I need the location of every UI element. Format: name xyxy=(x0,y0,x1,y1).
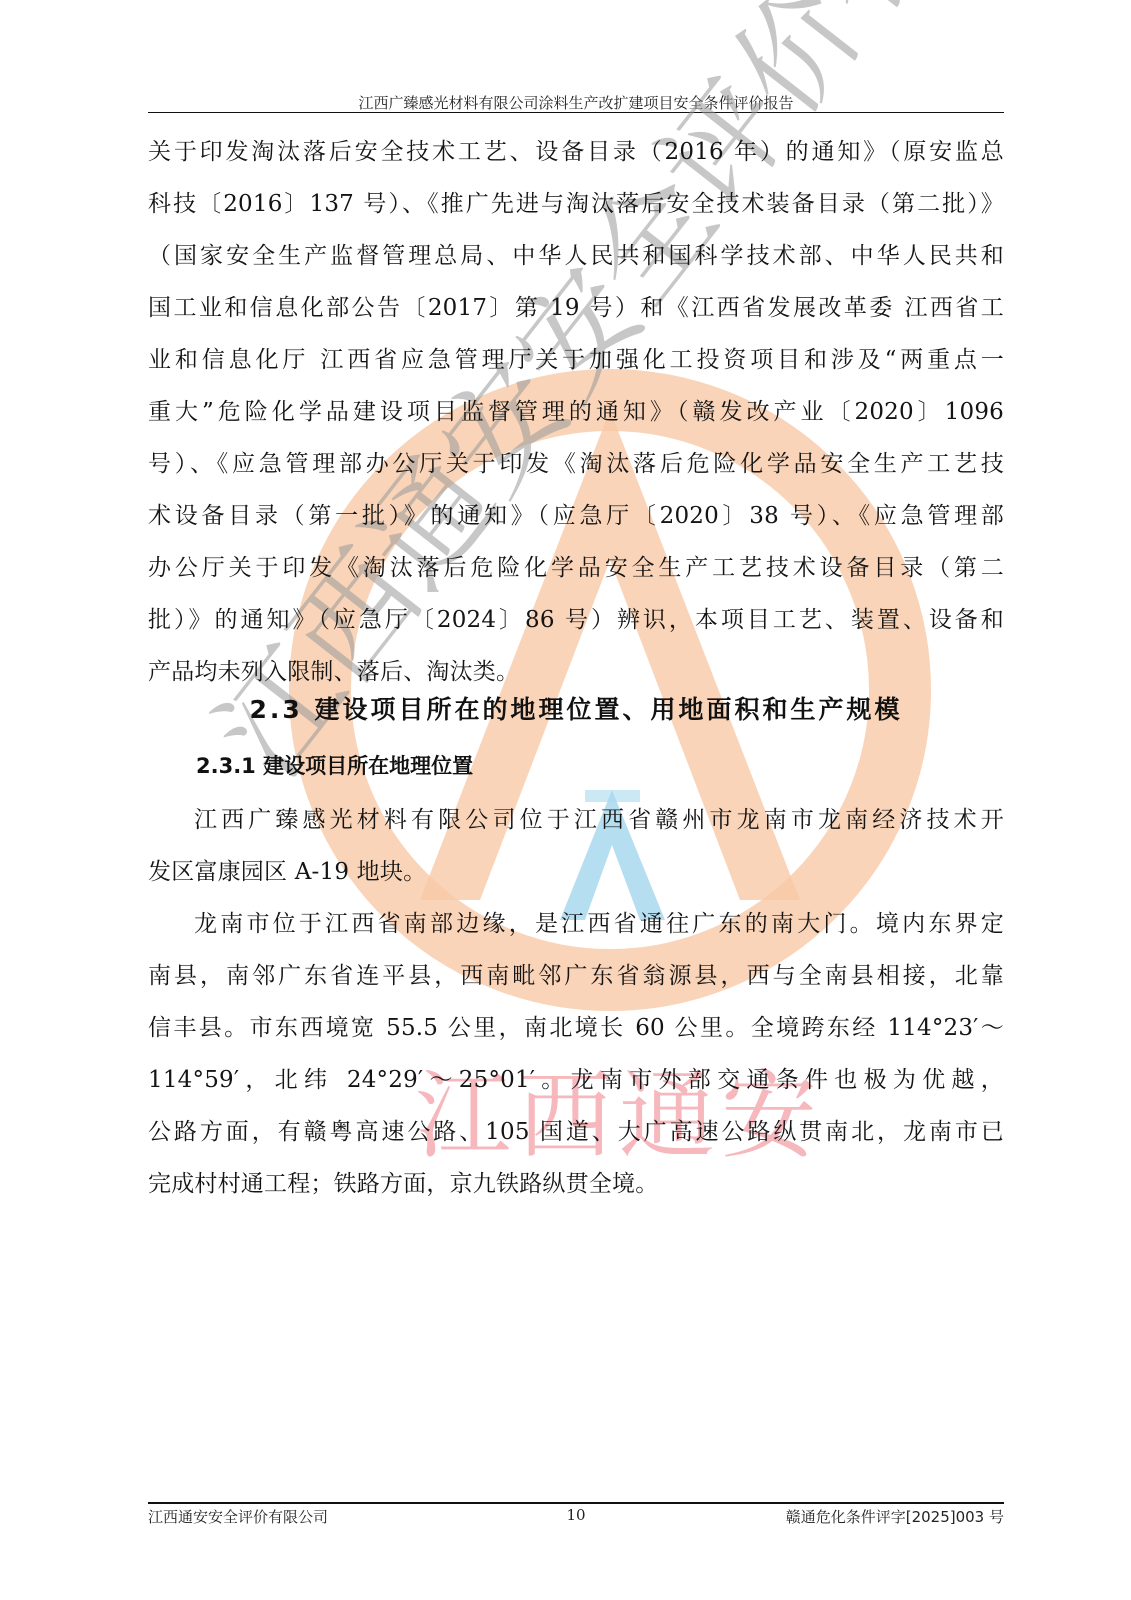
text-line: 术设备目录（第一批）》的通知》（应急厅〔2020〕38 号）、《应急管理部 xyxy=(148,490,1004,542)
text-line: 批）》的通知》（应急厅〔2024〕86 号）辨识，本项目工艺、装置、设备和 xyxy=(148,594,1004,646)
text-line: 信丰县。市东西境宽 55.5 公里，南北境长 60 公里。全境跨东经 114°2… xyxy=(148,1002,1004,1054)
footer-doc-number: 赣通危化条件评字[2025]003 号 xyxy=(786,1506,1004,1527)
page-footer: 江西通安安全评价有限公司 10 赣通危化条件评字[2025]003 号 xyxy=(148,1506,1004,1528)
document-page: 江西通安安全评价有限公司 江西通安 江西广臻感光材料有限公司涂料生产改扩建项目安… xyxy=(0,0,1131,1600)
text-line: 号）、《应急管理部办公厅关于印发《淘汰落后危险化学品安全生产工艺技 xyxy=(148,438,1004,490)
text-line: 114°59′，北纬 24°29′～25°01′。龙南市外部交通条件也极为优越， xyxy=(148,1054,1004,1106)
header-divider xyxy=(148,112,1004,113)
text-line: 龙南市位于江西省南部边缘，是江西省通往广东的南大门。境内东界定 xyxy=(148,898,1004,950)
subsection-heading: 2.3.1 建设项目所在地理位置 xyxy=(196,744,473,788)
text-line: 国工业和信息化部公告〔2017〕第 19 号）和《江西省发展改革委 江西省工 xyxy=(148,282,1004,334)
text-line: 发区富康园区 A-19 地块。 xyxy=(148,846,1004,898)
text-line: 公路方面，有赣粤高速公路、105 国道、大广高速公路纵贯南北，龙南市已 xyxy=(148,1106,1004,1158)
location-paragraphs: 江西广臻感光材料有限公司位于江西省赣州市龙南市龙南经济技术开 发区富康园区 A-… xyxy=(148,794,1004,1210)
page-header-title: 江西广臻感光材料有限公司涂料生产改扩建项目安全条件评价报告 xyxy=(148,92,1004,113)
text-line: （国家安全生产监督管理总局、中华人民共和国科学技术部、中华人民共和 xyxy=(148,230,1004,282)
section-heading: 2.3 建设项目所在的地理位置、用地面积和生产规模 xyxy=(148,686,1004,734)
text-line: 科技〔2016〕137 号）、《推广先进与淘汰落后安全技术装备目录（第二批）》 xyxy=(148,178,1004,230)
text-line: 江西广臻感光材料有限公司位于江西省赣州市龙南市龙南经济技术开 xyxy=(148,794,1004,846)
footer-divider xyxy=(148,1502,1004,1504)
text-line: 办公厅关于印发《淘汰落后危险化学品安全生产工艺技术设备目录（第二 xyxy=(148,542,1004,594)
text-line: 关于印发淘汰落后安全技术工艺、设备目录（2016 年）的通知》（原安监总 xyxy=(148,126,1004,178)
text-line: 重大”危险化学品建设项目监督管理的通知》（赣发改产业〔2020〕1096 xyxy=(148,386,1004,438)
body-text: 关于印发淘汰落后安全技术工艺、设备目录（2016 年）的通知》（原安监总 科技〔… xyxy=(148,126,1004,698)
text-line: 业和信息化厅 江西省应急管理厅关于加强化工投资项目和涉及“两重点一 xyxy=(148,334,1004,386)
text-line: 南县，南邻广东省连平县，西南毗邻广东省翁源县，西与全南县相接，北靠 xyxy=(148,950,1004,1002)
text-line: 完成村村通工程；铁路方面，京九铁路纵贯全境。 xyxy=(148,1158,1004,1210)
